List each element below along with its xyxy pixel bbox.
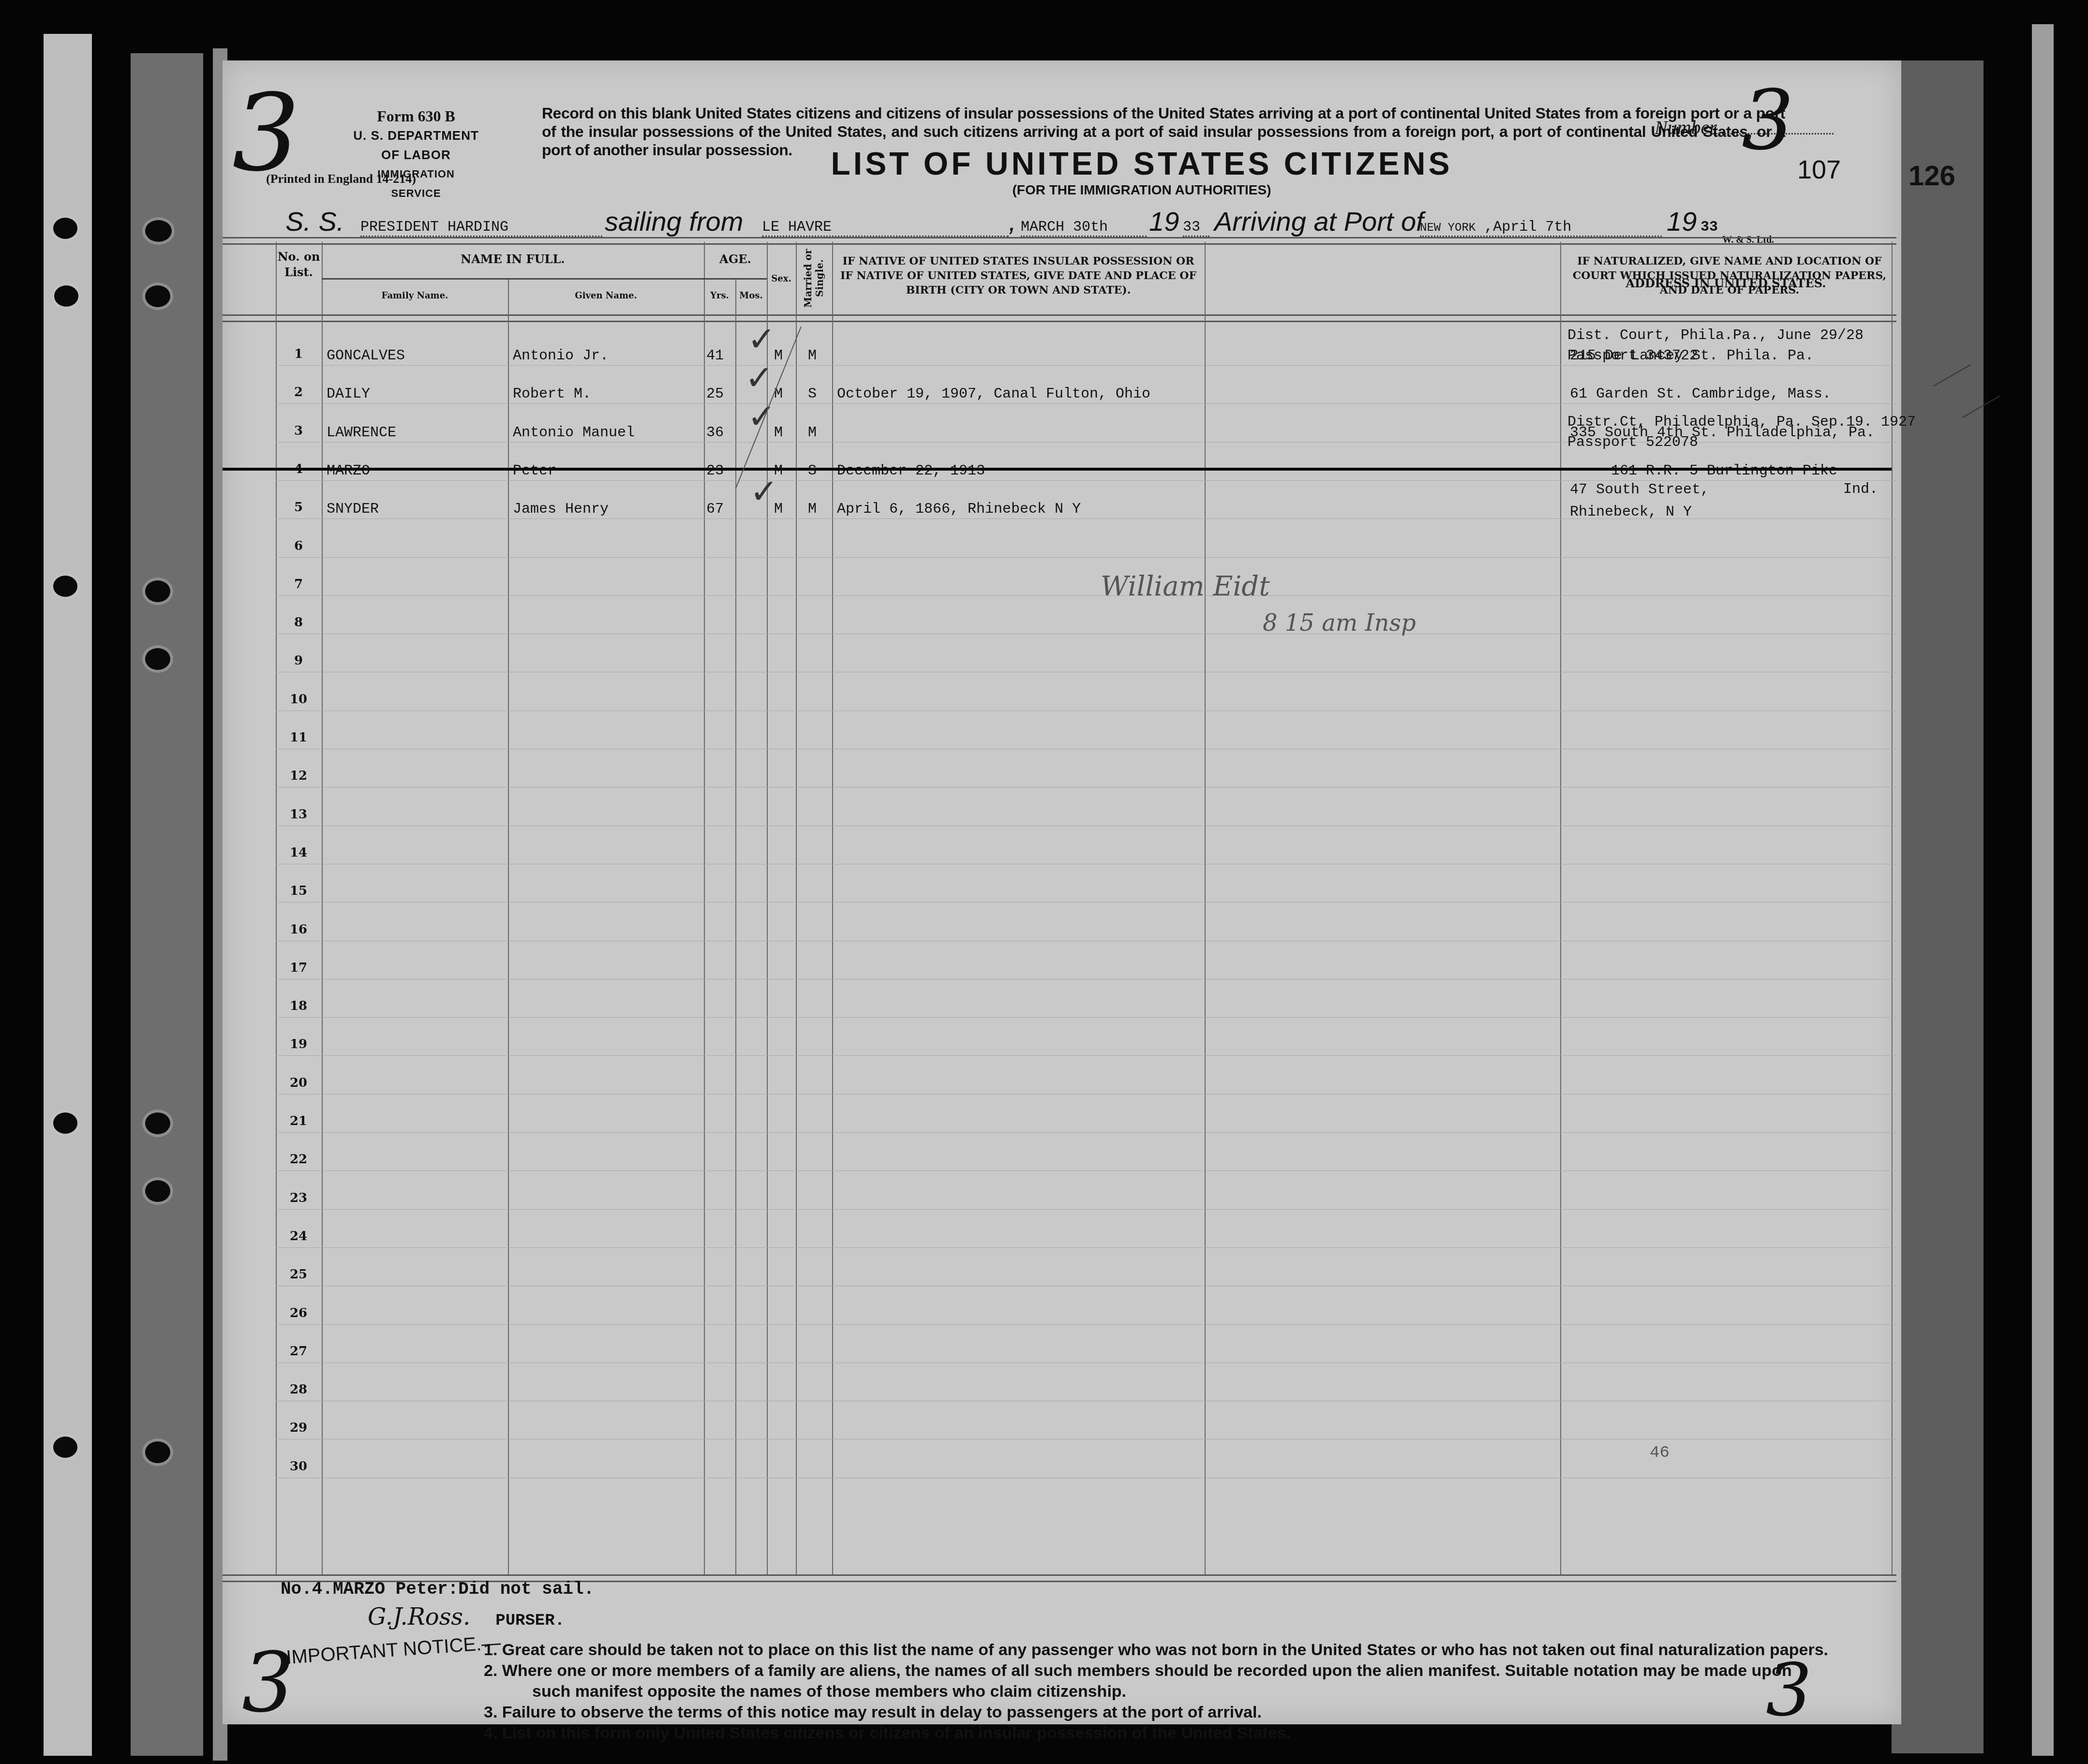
notice-item-2-cont: such manifest opposite the names of thos… [484, 1681, 1887, 1702]
row-number: 26 [277, 1306, 320, 1320]
row-number: 11 [277, 730, 320, 745]
family-name-cell: DAILY [327, 386, 370, 402]
number-label: Number [1655, 116, 1717, 139]
ruled-line [276, 403, 1896, 404]
punch-hole-icon [145, 285, 170, 307]
adjacent-page-strip-right: 126 [1892, 60, 1984, 1753]
birth-place-cell: October 19, 1907, Canal Fulton, Ohio [837, 386, 1150, 402]
given-name-cell: Peter [513, 463, 556, 479]
ruled-line [276, 711, 1896, 711]
age-years-cell: 36 [706, 425, 724, 441]
ruled-line [276, 1439, 1896, 1439]
given-name-cell: Antonio Jr. [513, 348, 609, 364]
purser-signature: G.J.Ross. [368, 1603, 470, 1631]
ruled-line [276, 979, 1896, 979]
row-number: 14 [277, 845, 320, 860]
punch-hole-icon [54, 285, 78, 307]
address-line-1-cell: 61 Garden St. Cambridge, Mass. [1570, 386, 1831, 402]
row-number: 23 [277, 1191, 320, 1205]
family-name-cell: GONCALVES [327, 348, 405, 364]
arrival-date: April 7th [1493, 219, 1571, 236]
row-number: 29 [277, 1421, 320, 1435]
header-sex: Sex. [767, 273, 796, 285]
arrival-year: 33 [1700, 219, 1718, 236]
notice-item-2: 2. Where one or more members of a family… [484, 1660, 1887, 1681]
page-edge-right [2032, 24, 2054, 1756]
ruled-line [276, 1055, 1896, 1056]
table-top-rule [223, 237, 1896, 245]
ruled-line [276, 787, 1896, 787]
row-number: 3 [277, 424, 320, 438]
stamp-number: 46 [1650, 1444, 1670, 1462]
header-yrs: Yrs. [704, 290, 735, 302]
checkmark-icon: ✓ [745, 358, 774, 398]
handwritten-3-bottom-right: 3 [1766, 1654, 1812, 1727]
ruled-line [276, 557, 1896, 558]
header-no-on-list: No. on List. [276, 249, 322, 280]
row-number: 5 [277, 500, 320, 515]
purser-signature-block: G.J.Ross. PURSER. [368, 1603, 565, 1631]
ruled-line [276, 365, 1896, 366]
address-line-1-cell: 47 South Street, [1570, 482, 1709, 498]
row-number: 25 [277, 1267, 320, 1282]
notice-item-3: 3. Failure to observe the terms of this … [484, 1702, 1887, 1723]
punch-hole-icon [145, 1441, 170, 1463]
row-number: 8 [277, 615, 320, 630]
ruled-line [276, 864, 1896, 864]
row-number: 27 [277, 1344, 320, 1359]
ruled-line [276, 749, 1896, 749]
ruled-line [276, 1094, 1896, 1095]
family-name-cell: MARZO [327, 463, 370, 479]
ruled-line [276, 826, 1896, 826]
row-number: 10 [277, 692, 320, 707]
ruled-line [276, 1363, 1896, 1363]
ruled-line [276, 672, 1896, 672]
ruled-line [276, 902, 1896, 903]
row-number: 12 [277, 769, 320, 783]
row-number: 21 [277, 1114, 320, 1128]
name-header-underline [322, 278, 767, 280]
age-years-cell: 25 [706, 386, 724, 402]
comma-separator: , [1476, 219, 1493, 236]
ruled-line [276, 1324, 1896, 1325]
marital-status-cell: S [808, 386, 817, 402]
row-number: 30 [277, 1459, 320, 1474]
checkmark-icon: ✓ [747, 319, 776, 359]
given-name-cell: Antonio Manuel [513, 425, 635, 441]
row-number: 28 [277, 1382, 320, 1397]
ruled-line [276, 1286, 1896, 1286]
row-number: 9 [277, 653, 320, 668]
marital-status-cell: S [808, 463, 817, 479]
marital-status-cell: M [808, 501, 817, 518]
purser-title: PURSER. [495, 1612, 565, 1630]
did-not-sail-note: No.4.MARZO Peter:Did not sail. [281, 1579, 594, 1599]
row-number: 18 [277, 999, 320, 1013]
handwritten-3-bottom-left: 3 [242, 1642, 294, 1724]
header-address: ADDRESS IN UNITED STATES. [1560, 276, 1892, 291]
important-notice-list: 1. Great care should be taken not to pla… [484, 1640, 1887, 1744]
arrival-port: NEW YORK [1420, 222, 1476, 235]
checkmark-icon: ✓ [750, 472, 778, 511]
ruled-line [276, 595, 1896, 596]
birth-place-cell: December 22, 1913 [837, 463, 985, 479]
row-number: 2 [277, 385, 320, 400]
row-number: 13 [277, 807, 320, 822]
address-line-2-cell: Rhinebeck, N Y [1570, 504, 1692, 520]
number-value: 3 [1742, 80, 1794, 162]
checkmark-icon: ✓ [747, 397, 776, 436]
punch-hole-icon [53, 218, 77, 239]
age-years-cell: 67 [706, 501, 724, 518]
naturalization-court-cell: Dist. Court, Phila.Pa., June 29/28 [1567, 327, 1864, 344]
header-mos: Mos. [735, 290, 767, 302]
column-divider [508, 278, 509, 1574]
punch-hole-icon [145, 1180, 170, 1202]
punch-hole-icon [145, 1112, 170, 1134]
ruled-line [276, 1209, 1896, 1210]
marital-status-cell: M [808, 348, 817, 364]
handwritten-list-number: 3 [232, 80, 300, 186]
row-number: 6 [277, 539, 320, 553]
row-number: 17 [277, 961, 320, 975]
passenger-table: No. on List. NAME IN FULL. Family Name. … [223, 235, 1896, 1579]
row-number: 22 [277, 1152, 320, 1167]
page-subtitle: (FOR THE IMMIGRATION AUTHORITIES) [706, 182, 1577, 198]
row-number: 7 [277, 577, 320, 592]
inspection-time-note: 8 15 am Insp [1263, 609, 1416, 637]
address-line-1-cell: 215 De Lancey St. Phila. Pa. [1570, 348, 1814, 364]
row-number: 15 [277, 884, 320, 898]
ruled-line [276, 1171, 1896, 1171]
printed-note: (Printed in England 14-214) [266, 172, 416, 186]
punch-hole-icon [145, 580, 170, 602]
address-line-1-cell: 161 R.R. 5 Burlington Pike [1611, 463, 1837, 479]
header-age: AGE. [704, 252, 767, 267]
department-name: U. S. DEPARTMENT OF LABOR [353, 126, 479, 164]
family-name-cell: SNYDER [327, 501, 379, 518]
column-divider [735, 278, 736, 1574]
row-number: 16 [277, 922, 320, 937]
header-given-name: Given Name. [508, 290, 704, 302]
address-line-2-cell: Ind. [1843, 481, 1878, 498]
family-name-cell: LAWRENCE [327, 425, 396, 441]
binder-strip-left [131, 53, 203, 1756]
ruled-line [276, 1017, 1896, 1018]
inspector-signature: William Eidt [1101, 571, 1270, 602]
adjacent-page-stamp: 126 [1909, 160, 1955, 192]
ruled-line [276, 1247, 1896, 1248]
punch-hole-icon [53, 1437, 77, 1458]
notice-item-4: 4. List on this form only United States … [484, 1723, 1887, 1744]
ruled-line [276, 1401, 1896, 1401]
header-birth-place: IF NATIVE OF UNITED STATES INSULAR POSSE… [839, 254, 1197, 297]
header-married-or-single: Married or Single. [802, 244, 826, 312]
punch-hole-icon [53, 576, 77, 597]
important-notice-heading: IMPORTANT NOTICE.— [285, 1632, 502, 1669]
page-stamp: 107 [1797, 155, 1841, 185]
form-identifier: Form 630 B U. S. DEPARTMENT OF LABOR IMM… [353, 106, 479, 203]
birth-place-cell: April 6, 1866, Rhinebeck N Y [837, 501, 1081, 518]
form-number: Form 630 B [353, 106, 479, 126]
age-years-cell: 23 [706, 463, 724, 479]
row-number: 24 [277, 1229, 320, 1244]
row-number: 19 [277, 1037, 320, 1052]
immigration-form-page: 3 Form 630 B U. S. DEPARTMENT OF LABOR I… [223, 60, 1901, 1724]
strikethrough-line [223, 468, 1892, 471]
punch-hole-icon [145, 648, 170, 670]
marital-status-cell: M [808, 425, 817, 441]
ruled-line [276, 480, 1896, 481]
ruled-line [276, 1132, 1896, 1133]
row-number: 1 [277, 347, 320, 361]
page-title: LIST OF UNITED STATES CITIZENS [706, 145, 1577, 182]
address-line-1-cell: 335 South 4th St. Philadelphia, Pa. [1570, 425, 1875, 441]
age-years-cell: 41 [706, 348, 724, 364]
header-name-in-full: NAME IN FULL. [322, 252, 704, 267]
given-name-cell: Robert M. [513, 386, 591, 402]
punch-hole-icon [145, 220, 172, 242]
header-bottom-rule [223, 314, 1896, 322]
punch-hole-icon [53, 1112, 77, 1134]
row-number: 20 [277, 1076, 320, 1090]
given-name-cell: James Henry [513, 501, 609, 518]
notice-item-1: 1. Great care should be taken not to pla… [484, 1640, 1887, 1660]
header-family-name: Family Name. [322, 290, 508, 302]
ruled-line [276, 1478, 1896, 1478]
ruled-line [276, 941, 1896, 941]
ruled-line [276, 634, 1896, 634]
